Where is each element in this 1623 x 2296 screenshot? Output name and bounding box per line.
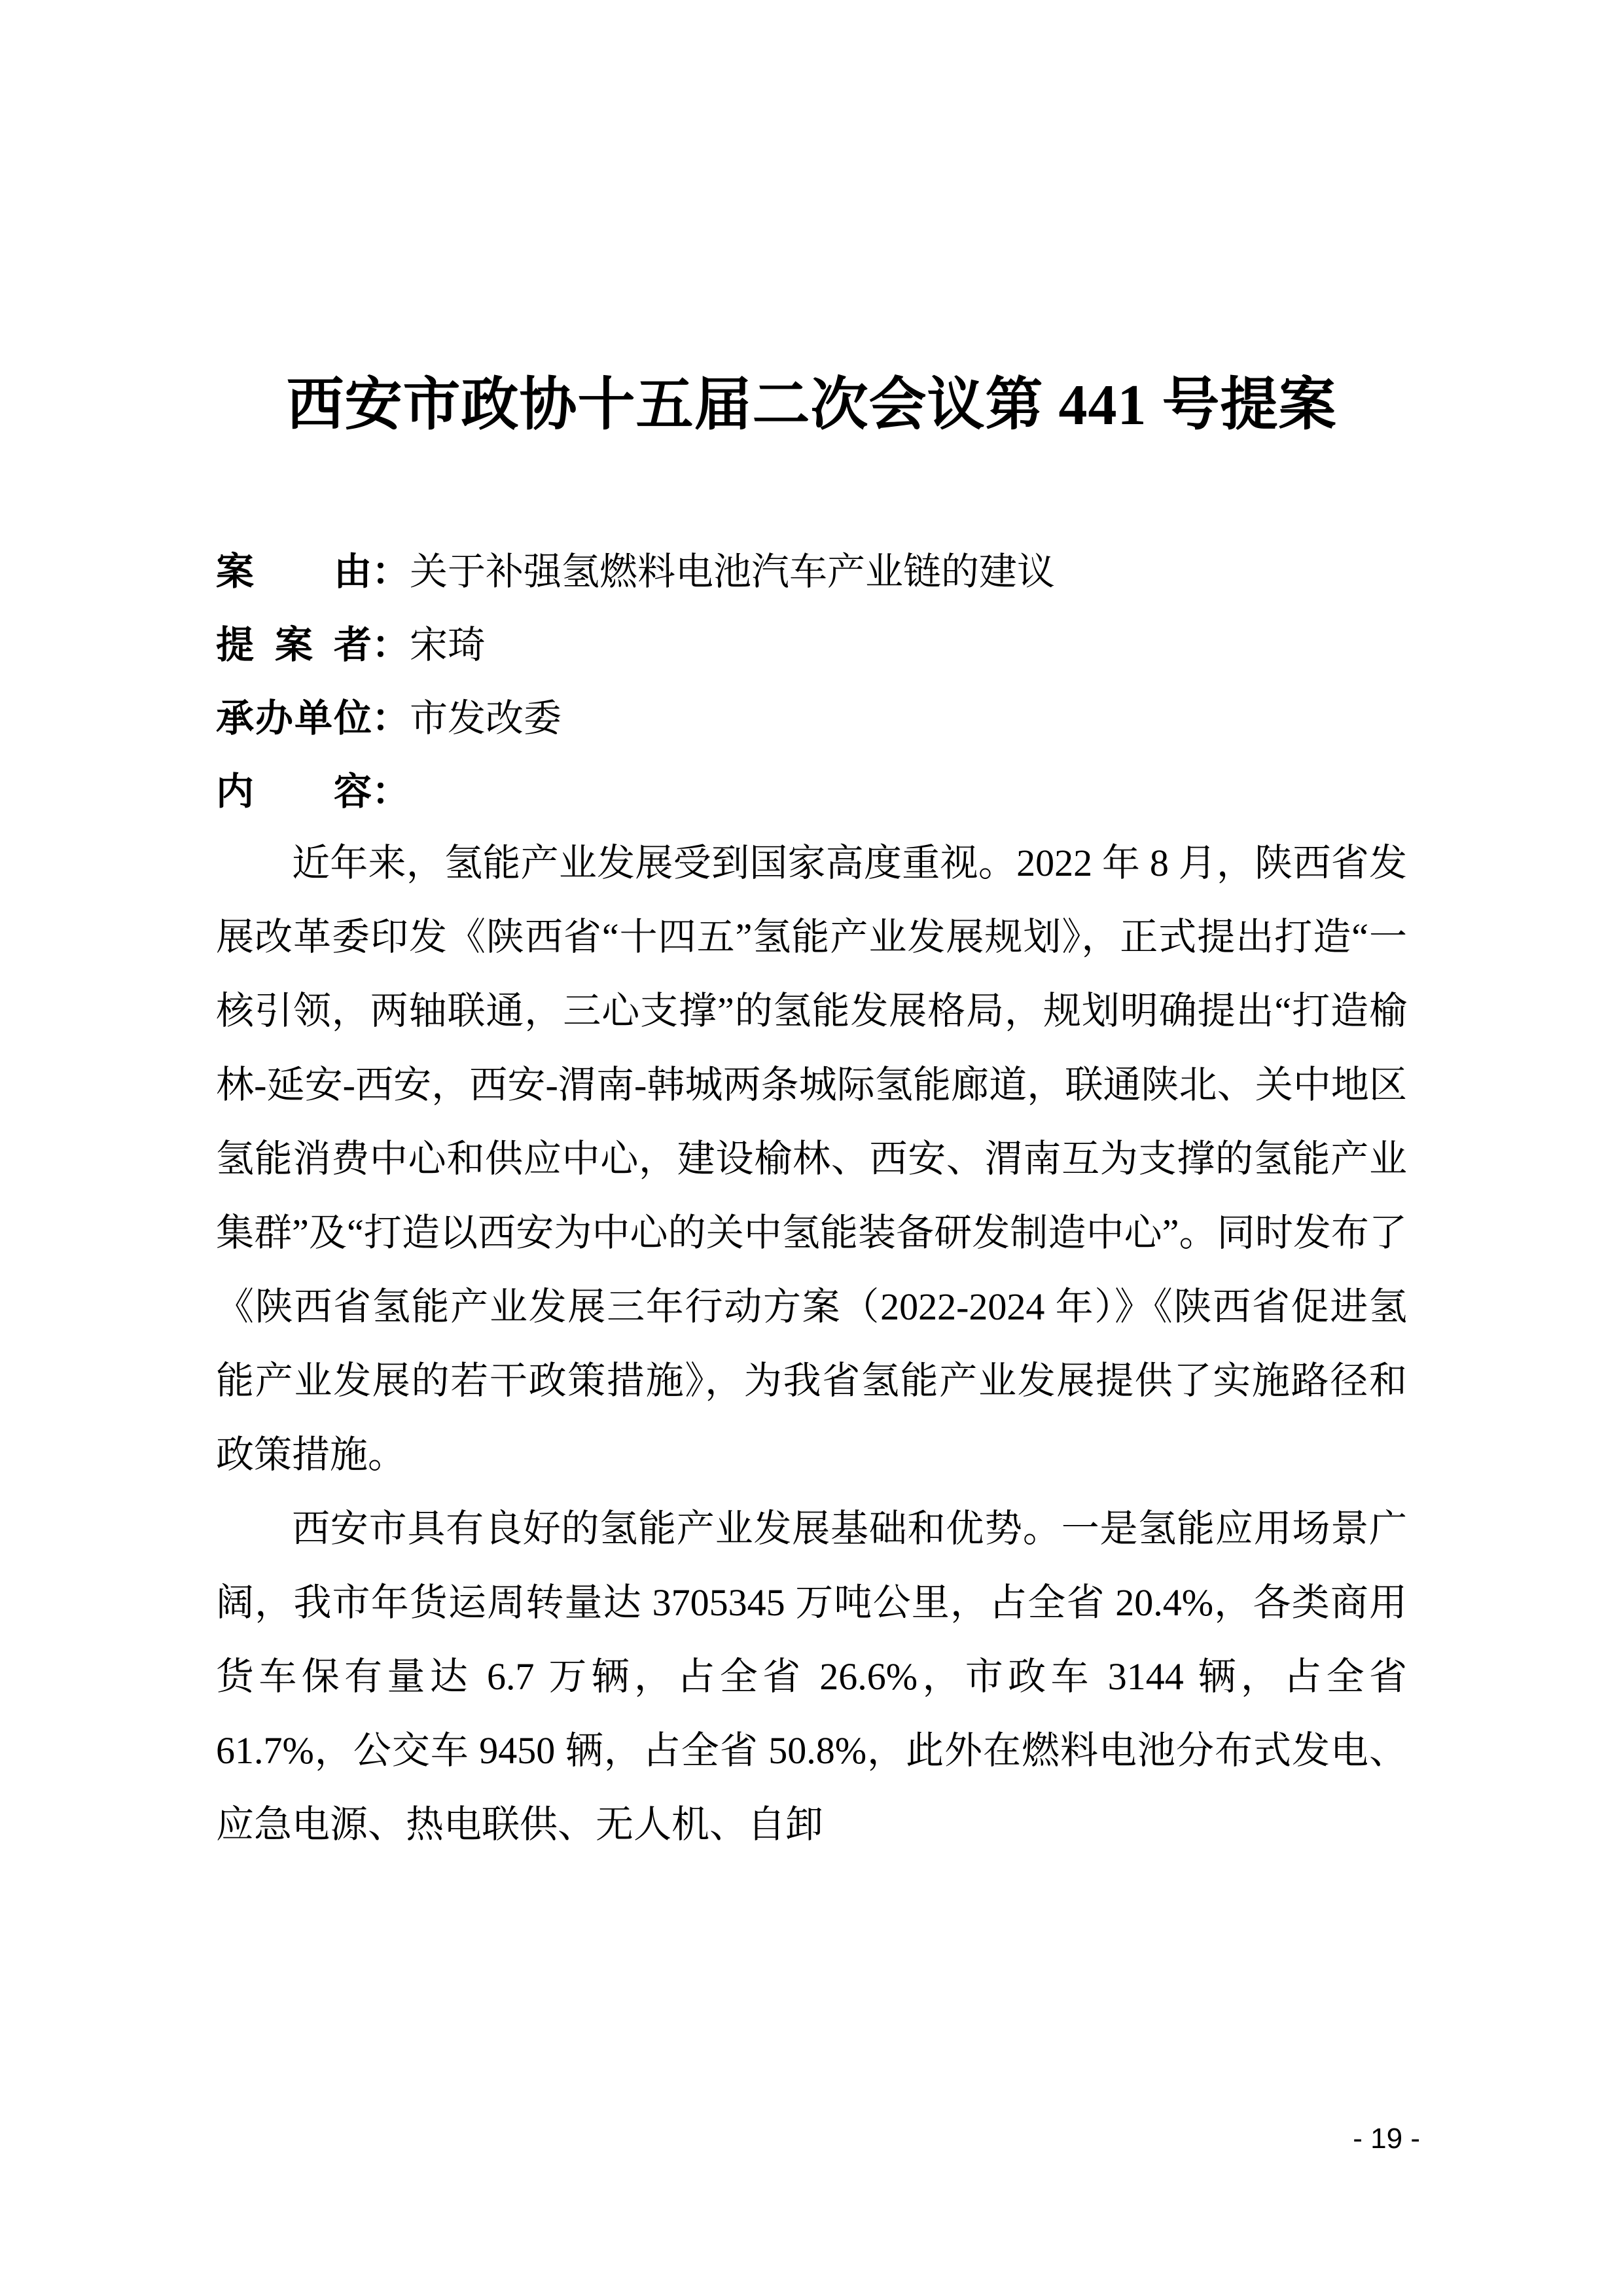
document-body: 近年来，氢能产业发展受到国家高度重视。2022 年 8 月，陕西省发展改革委印发…	[216, 826, 1407, 1861]
page-number: - 19 -	[1353, 2123, 1420, 2155]
meta-label-proposer: 提案者	[216, 609, 372, 682]
meta-row-proposer: 提案者：宋琦	[216, 609, 1407, 682]
meta-colon: ：	[372, 550, 410, 593]
body-paragraph-1: 近年来，氢能产业发展受到国家高度重视。2022 年 8 月，陕西省发展改革委印发…	[216, 826, 1407, 1492]
meta-row-case-subject: 案由：关于补强氢燃料电池汽车产业链的建议	[216, 535, 1407, 609]
meta-colon: ：	[372, 697, 410, 740]
meta-row-handling-unit: 承办单位：市发改委	[216, 682, 1407, 755]
meta-section: 案由：关于补强氢燃料电池汽车产业链的建议 提案者：宋琦 承办单位：市发改委 内容…	[216, 535, 1407, 829]
meta-colon: ：	[372, 770, 410, 813]
body-paragraph-2: 西安市具有良好的氢能产业发展基础和优势。一是氢能应用场景广阔，我市年货运周转量达…	[216, 1492, 1407, 1861]
meta-colon: ：	[372, 624, 410, 666]
meta-label-handling-unit: 承办单位	[216, 682, 372, 755]
meta-row-content-heading: 内容：	[216, 755, 1407, 829]
meta-label-case-subject: 案由	[216, 535, 372, 609]
meta-label-content-heading: 内容	[216, 755, 372, 829]
document-page: 西安市政协十五届二次会议第 441 号提案 案由：关于补强氢燃料电池汽车产业链的…	[0, 0, 1623, 2296]
meta-value-case-subject: 关于补强氢燃料电池汽车产业链的建议	[410, 550, 1055, 593]
meta-value-proposer: 宋琦	[410, 624, 486, 666]
meta-value-handling-unit: 市发改委	[410, 697, 562, 740]
page-title: 西安市政协十五届二次会议第 441 号提案	[0, 359, 1623, 441]
